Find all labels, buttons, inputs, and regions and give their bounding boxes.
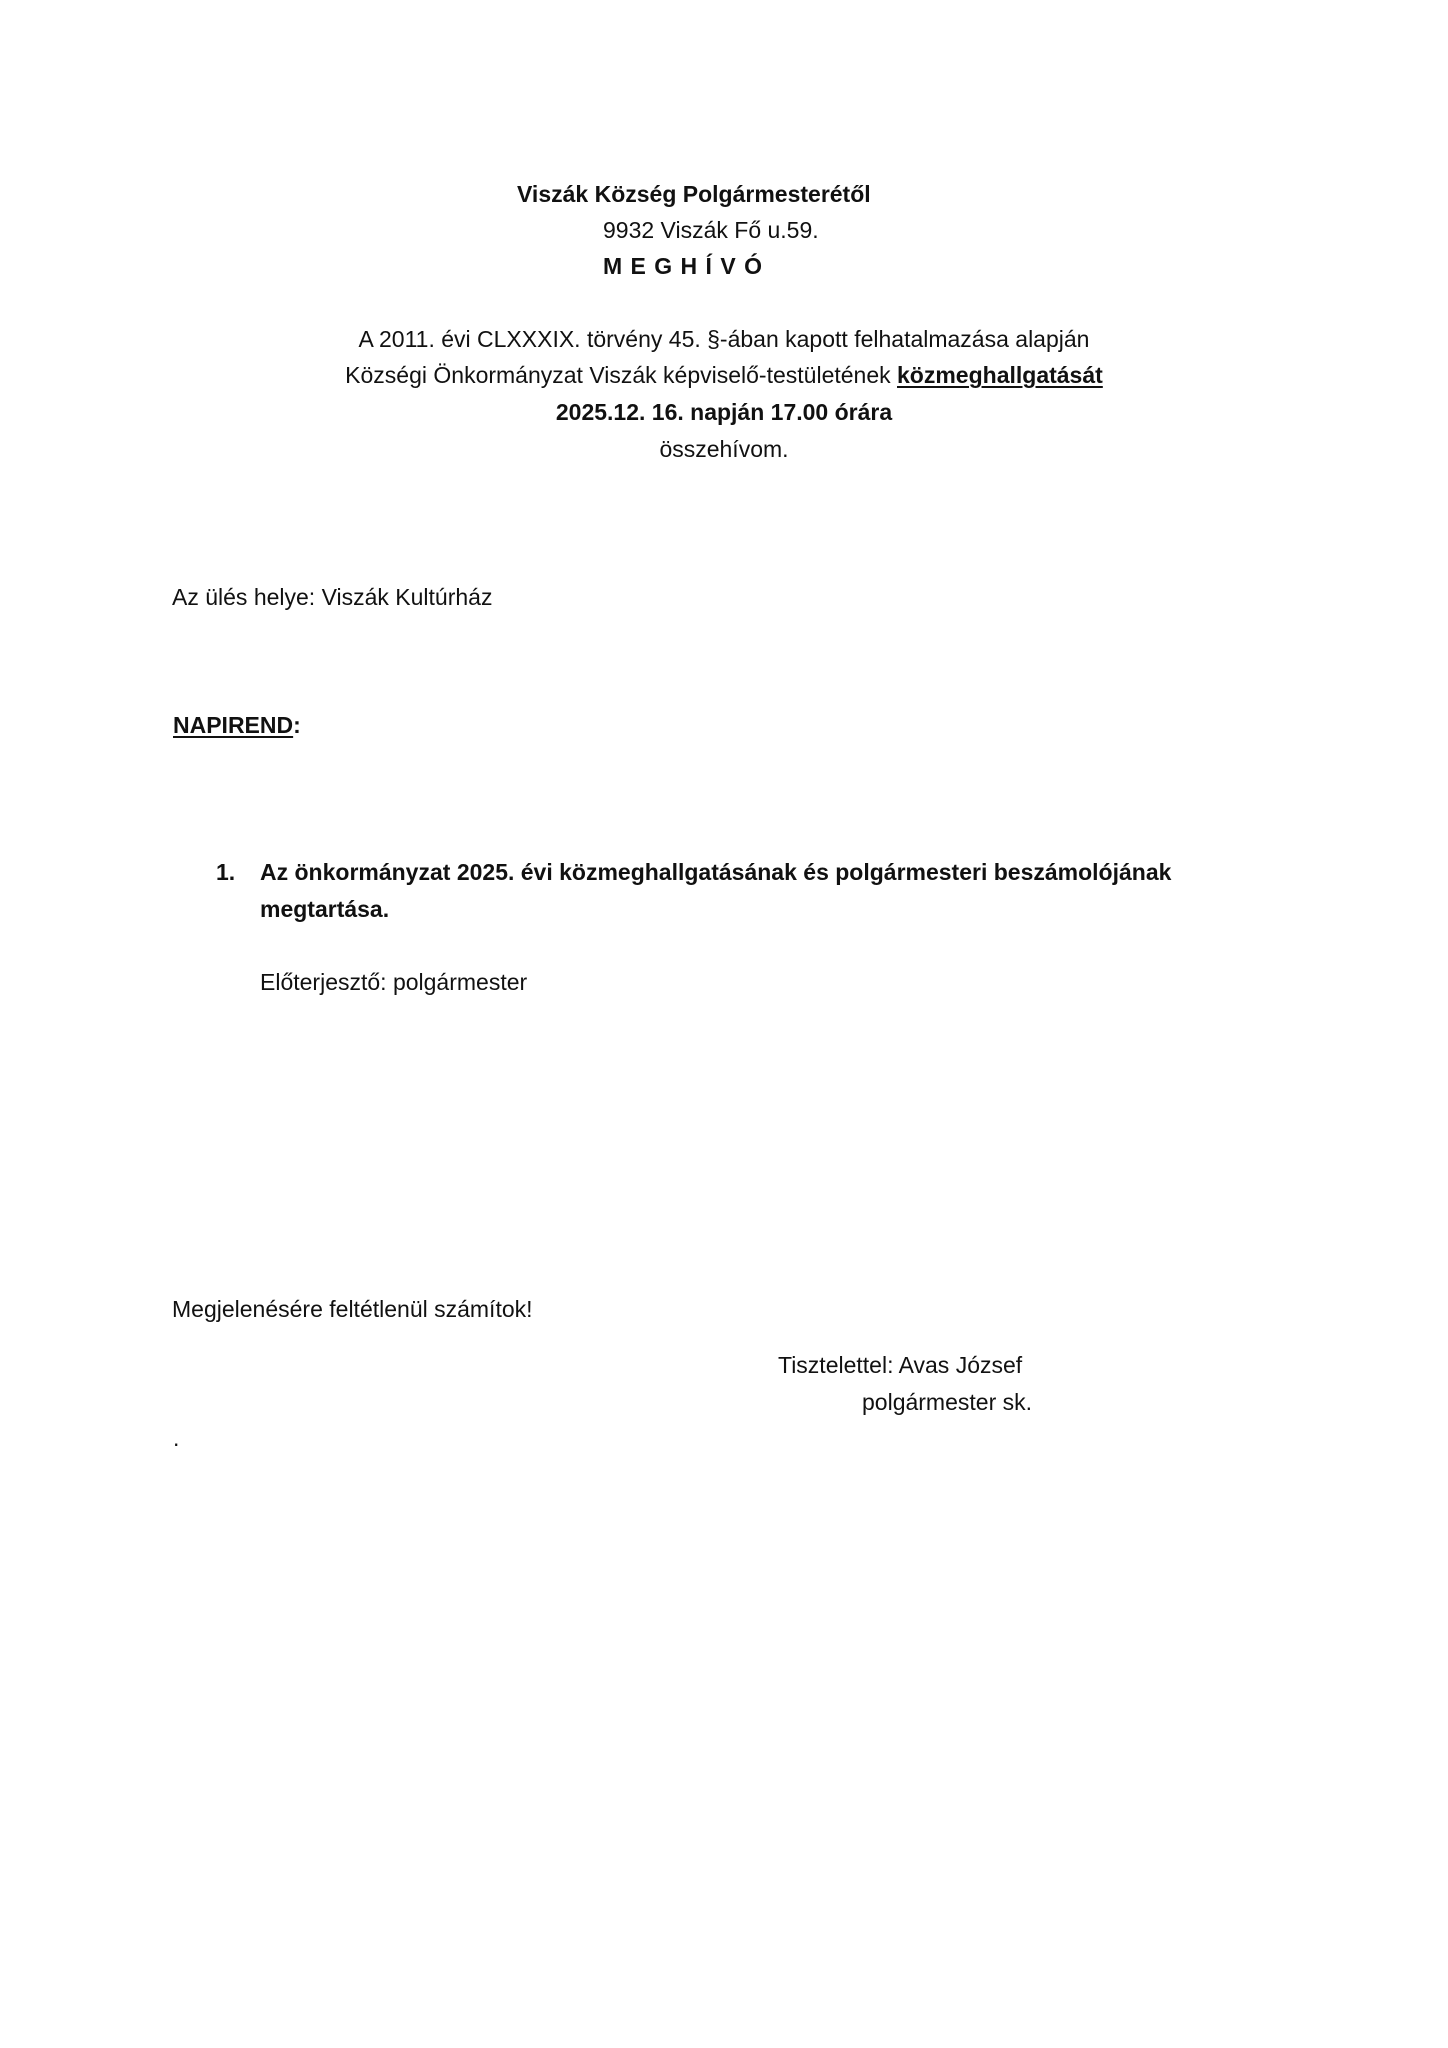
issuer-address: 9932 Viszák Fő u.59.: [603, 216, 819, 244]
signature-title: polgármester sk.: [862, 1388, 1032, 1416]
trailing-mark: .: [173, 1424, 179, 1452]
signature-greeting: Tisztelettel: Avas József: [778, 1351, 1022, 1379]
agenda-item-title-line-2: megtartása.: [260, 895, 389, 923]
issuer-title: Viszák Község Polgármesterétől: [517, 180, 871, 208]
convocation-line-2-text: Községi Önkormányzat Viszák képviselő-te…: [345, 362, 897, 388]
agenda-item-number: 1.: [216, 858, 235, 886]
meeting-venue: Az ülés helye: Viszák Kultúrház: [172, 583, 492, 611]
agenda-item-title-line-1: Az önkormányzat 2025. évi közmeghallgatá…: [260, 858, 1171, 886]
public-hearing-emphasis: közmeghallgatását: [897, 362, 1103, 388]
agenda-heading-text: NAPIREND: [173, 712, 293, 738]
document-type: M E G H Í V Ó: [603, 252, 763, 280]
agenda-heading: NAPIREND:: [173, 711, 301, 739]
convocation-line-2: Községi Önkormányzat Viszák képviselő-te…: [0, 361, 1448, 389]
closing-remark: Megjelenésére feltétlenül számítok!: [172, 1295, 533, 1323]
meeting-date-time: 2025.12. 16. napján 17.00 órára: [0, 398, 1448, 426]
convocation-line-1: A 2011. évi CLXXXIX. törvény 45. §-ában …: [0, 325, 1448, 353]
convocation-line-4: összehívom.: [0, 435, 1448, 463]
agenda-item-presenter: Előterjesztő: polgármester: [260, 968, 527, 996]
agenda-heading-colon: :: [293, 712, 301, 738]
